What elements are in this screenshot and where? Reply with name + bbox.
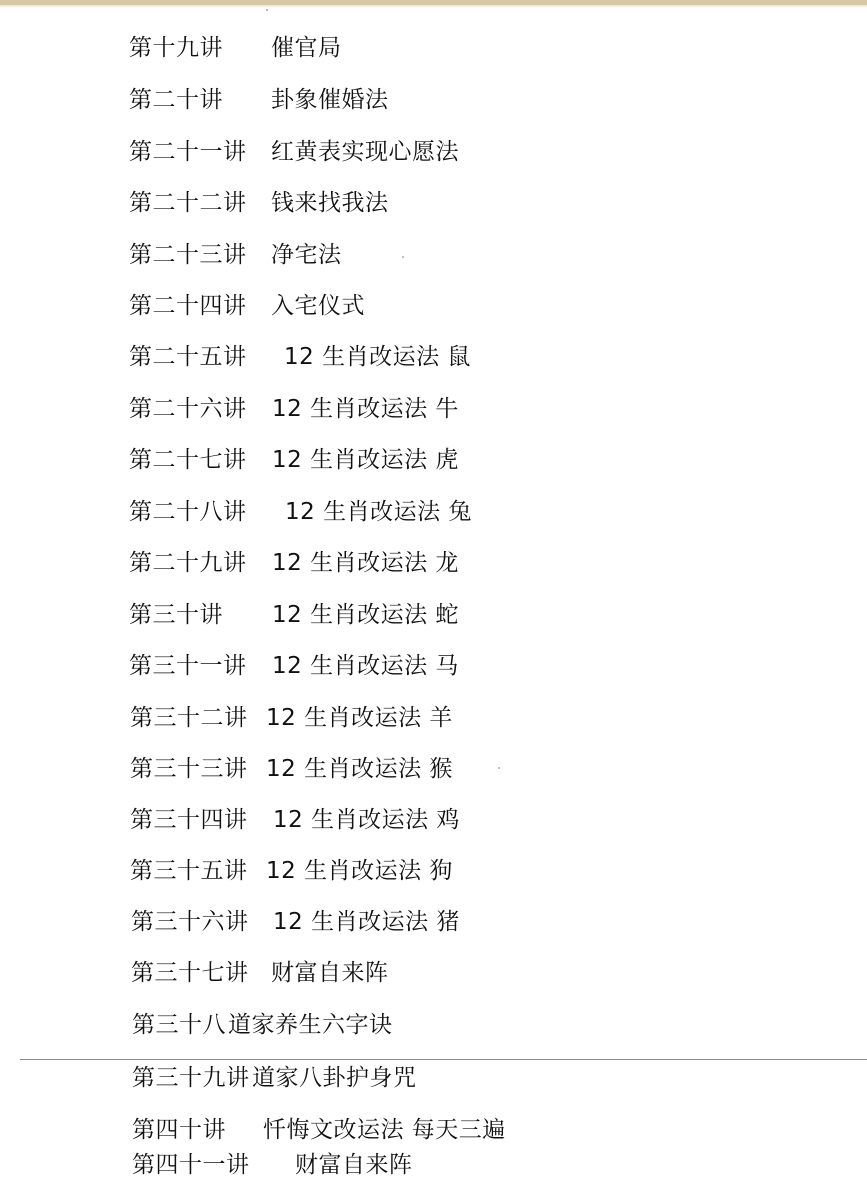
scan-speck <box>498 767 500 769</box>
lecture-36: 第三十六讲12 生肖改运法 猪 <box>131 907 460 937</box>
lecture-title: 12 生肖改运法 羊 <box>266 703 453 733</box>
lecture-33: 第三十三讲12 生肖改运法 猴 <box>130 754 453 784</box>
lecture-35: 第三十五讲12 生肖改运法 狗 <box>130 856 453 886</box>
lecture-number: 第三十一讲 <box>129 651 272 681</box>
lecture-37: 第三十七讲财富自来阵 <box>131 958 389 988</box>
lecture-title: 道家八卦护身咒 <box>252 1063 417 1093</box>
lecture-41: 第四十一讲财富自来阵 <box>132 1150 413 1180</box>
lecture-title: 财富自来阵 <box>295 1150 413 1180</box>
lecture-number: 第三十八 <box>132 1010 228 1040</box>
lecture-title: 12 生肖改运法 猴 <box>266 754 453 784</box>
lecture-29: 第二十九讲12 生肖改运法 龙 <box>129 548 459 578</box>
lecture-title: 催官局 <box>271 33 342 63</box>
lecture-number: 第二十九讲 <box>129 548 272 578</box>
lecture-38: 第三十八道家养生六字诀 <box>132 1010 393 1040</box>
lecture-title: 道家养生六字诀 <box>228 1010 393 1040</box>
lecture-number: 第三十七讲 <box>131 958 271 988</box>
lecture-title: 12 生肖改运法 龙 <box>272 548 459 578</box>
lecture-number: 第二十讲 <box>129 85 271 115</box>
lecture-title: 12 生肖改运法 虎 <box>272 445 459 475</box>
lecture-number: 第二十三讲 <box>129 240 271 270</box>
lecture-20: 第二十讲卦象催婚法 <box>129 85 389 115</box>
lecture-40: 第四十讲忏悔文改运法 每天三遍 <box>132 1115 506 1145</box>
lecture-22: 第二十二讲钱来找我法 <box>129 188 389 218</box>
lecture-number: 第四十一讲 <box>132 1150 295 1180</box>
lecture-19: 第十九讲催官局 <box>129 33 342 63</box>
lecture-number: 第二十五讲 <box>129 342 284 372</box>
lecture-title: 净宅法 <box>271 240 342 270</box>
lecture-number: 第二十四讲 <box>129 291 271 321</box>
lecture-23: 第二十三讲净宅法 <box>129 240 342 270</box>
lecture-title: 12 生肖改运法 马 <box>272 651 459 681</box>
lecture-number: 第三十六讲 <box>131 907 273 937</box>
lecture-number: 第三十二讲 <box>130 703 266 733</box>
lecture-number: 第三十五讲 <box>130 856 266 886</box>
lecture-34: 第三十四讲12 生肖改运法 鸡 <box>130 805 460 835</box>
lecture-number: 第三十九讲 <box>132 1063 252 1093</box>
lecture-number: 第二十七讲 <box>129 445 272 475</box>
horizontal-divider <box>20 1059 867 1060</box>
lecture-title: 12 生肖改运法 兔 <box>285 497 472 527</box>
lecture-number: 第二十一讲 <box>129 137 271 167</box>
lecture-number: 第二十二讲 <box>129 188 271 218</box>
lecture-number: 第三十三讲 <box>130 754 266 784</box>
lecture-28: 第二十八讲12 生肖改运法 兔 <box>129 497 472 527</box>
lecture-31: 第三十一讲12 生肖改运法 马 <box>129 651 459 681</box>
lecture-27: 第二十七讲12 生肖改运法 虎 <box>129 445 459 475</box>
lecture-title: 12 生肖改运法 蛇 <box>272 600 459 630</box>
lecture-number: 第二十八讲 <box>129 497 285 527</box>
lecture-number: 第四十讲 <box>132 1115 263 1145</box>
lecture-number: 第三十讲 <box>129 600 272 630</box>
lecture-32: 第三十二讲12 生肖改运法 羊 <box>130 703 453 733</box>
top-border-fade <box>0 5 867 8</box>
lecture-title: 入宅仪式 <box>271 291 365 321</box>
lecture-25: 第二十五讲12 生肖改运法 鼠 <box>129 342 471 372</box>
lecture-number: 第十九讲 <box>129 33 271 63</box>
lecture-title: 12 生肖改运法 鸡 <box>273 805 460 835</box>
lecture-title: 12 生肖改运法 狗 <box>266 856 453 886</box>
lecture-title: 12 生肖改运法 猪 <box>273 907 460 937</box>
lecture-21: 第二十一讲红黄表实现心愿法 <box>129 137 459 167</box>
lecture-title: 忏悔文改运法 每天三遍 <box>263 1115 506 1145</box>
lecture-number: 第二十六讲 <box>129 394 272 424</box>
scan-speck <box>402 256 404 258</box>
lecture-title: 财富自来阵 <box>271 958 389 988</box>
lecture-39: 第三十九讲道家八卦护身咒 <box>132 1063 417 1093</box>
scan-speck <box>266 9 268 11</box>
lecture-title: 12 生肖改运法 牛 <box>272 394 459 424</box>
lecture-title: 12 生肖改运法 鼠 <box>284 342 471 372</box>
lecture-30: 第三十讲12 生肖改运法 蛇 <box>129 600 459 630</box>
lecture-title: 红黄表实现心愿法 <box>271 137 459 167</box>
lecture-number: 第三十四讲 <box>130 805 273 835</box>
lecture-title: 钱来找我法 <box>271 188 389 218</box>
lecture-title: 卦象催婚法 <box>271 85 389 115</box>
lecture-26: 第二十六讲12 生肖改运法 牛 <box>129 394 459 424</box>
lecture-24: 第二十四讲入宅仪式 <box>129 291 365 321</box>
